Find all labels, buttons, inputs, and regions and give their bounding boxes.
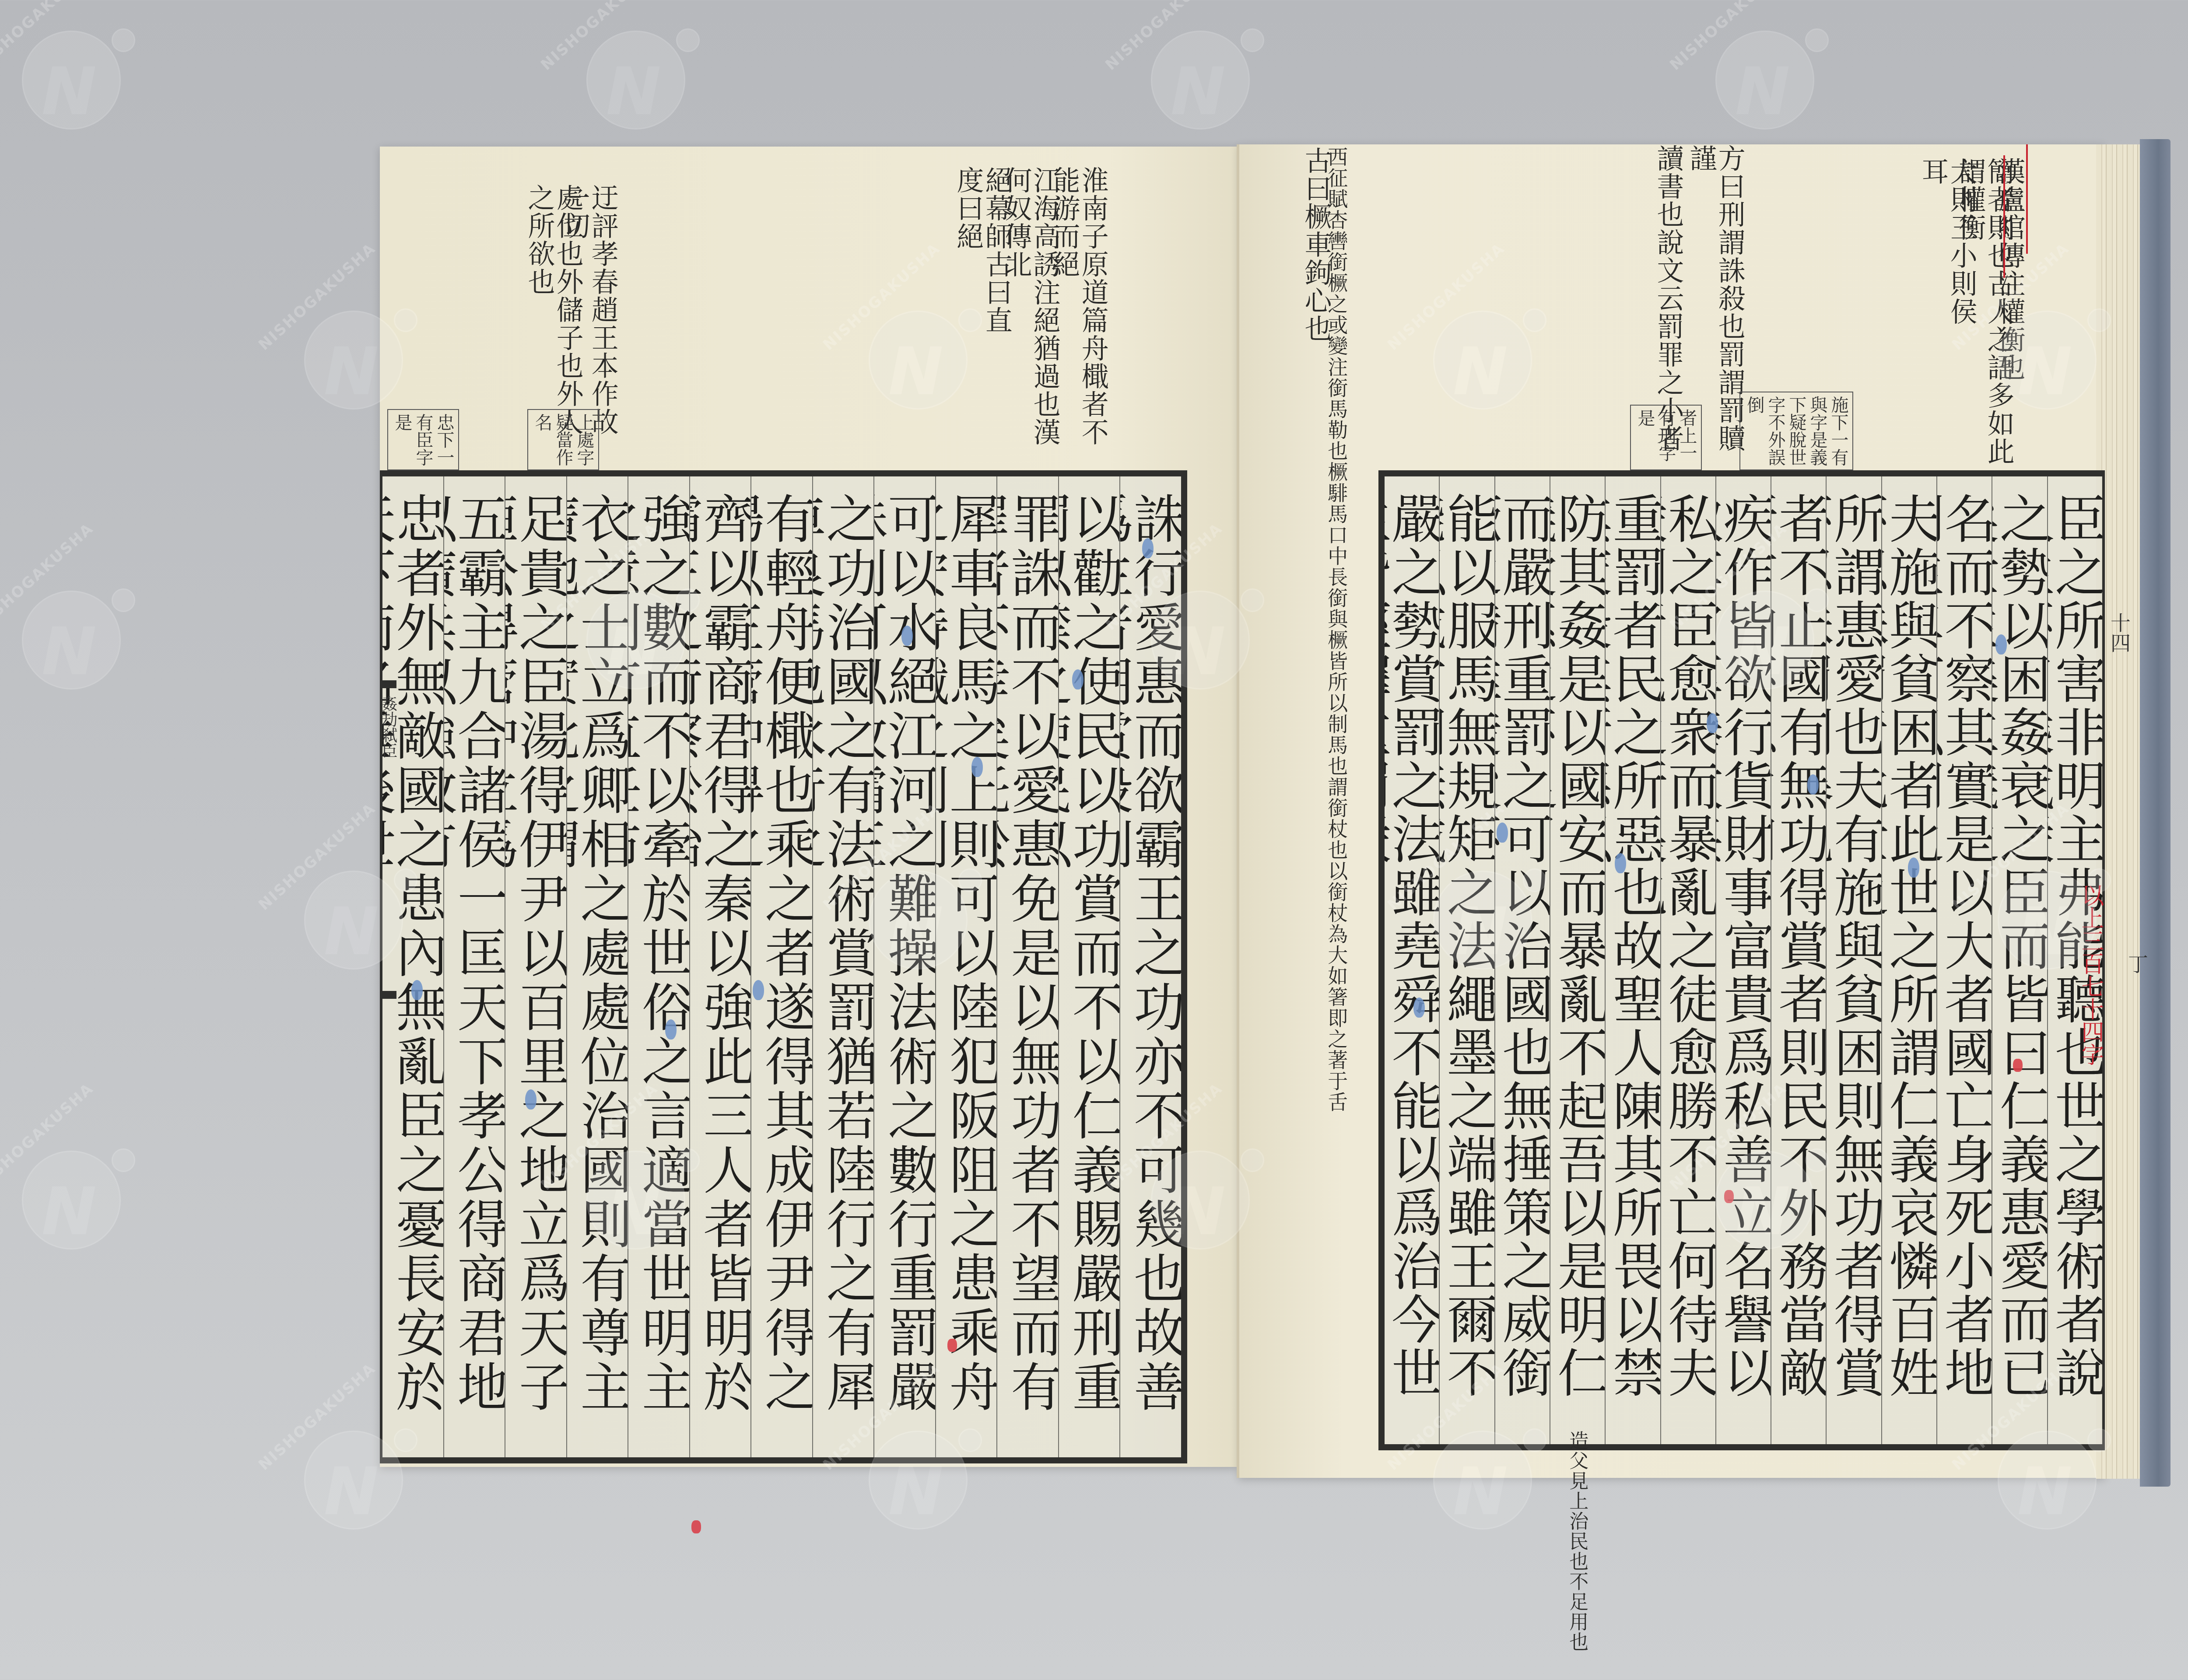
blue-punctuation-mark (1072, 669, 1083, 689)
text-column: 私之臣愈衆而暴亂之徒愈勝不亡何待夫嚴刑者民之所畏也 (1660, 476, 1715, 1444)
text-column: 可以水絕江河之難操法術之數行重罰嚴誅則可以致霸王 (873, 476, 935, 1457)
text-column: 者不止國有無功得賞者則民不外務當敵斬首內不急力田 (1771, 476, 1826, 1444)
red-correction-mark (2013, 1059, 2023, 1072)
left-note-box-1: 上處字疑當作名 (527, 409, 599, 470)
open-book: 淮南子原道篇舟檝者不能游而絕 江海高誘注絕猶過也漢何奴傳北 絕幕師古曰直度曰絕 … (0, 0, 2188, 1680)
red-correction-mark (691, 1520, 701, 1533)
red-bracket-line (2026, 144, 2028, 254)
book-cover-edge (2140, 139, 2170, 1487)
text-column: 疾作皆欲行貨財事富貴爲私善立名譽以取尊官厚俸故姦 (1715, 476, 1771, 1444)
text-column: 罪誅而不以愛惠免是以無功者不望而有罪者不幸矣託於 (996, 476, 1058, 1457)
text-column: 嚴之勢賞罰之法雖堯舜不能以爲治今世主皆輕釋重罰嚴 (1385, 476, 1439, 1444)
right-note-box-2: 施下一有與字是義下疑脫世字不外誤倒 (1739, 392, 1853, 470)
blue-punctuation-mark (665, 1019, 677, 1039)
blue-punctuation-mark (753, 980, 764, 1000)
text-column: 所謂惠愛也夫有施與貧困則無功者得賞不忍誅罰則暴亂 (1826, 476, 1881, 1444)
blue-punctuation-mark (1807, 774, 1819, 794)
blue-punctuation-mark (971, 757, 983, 777)
fore-edge-leaf-number: 十四 (2105, 612, 2134, 653)
watermark-logo: NNISHOGAKUSHA (1129, 0, 1260, 131)
right-headnote-3: 大則王小則侯耳 (1919, 157, 1976, 341)
red-character-count-annotation: 以上三百七十四字 (2074, 884, 2107, 1066)
text-column: 犀車良馬之上則可以陸犯阪阻之患乘舟之安持檝之利則 (935, 476, 997, 1457)
text-column: 齊以霸商君得之秦以強此三人者皆明於霸王之術察於治 (689, 476, 751, 1457)
text-column: 能以服馬無規矩之法繩墨之端雖王爾不能以成方圓無威 (1439, 476, 1494, 1444)
text-column: 之勢以困姦衰之臣而皆曰仁義惠愛而已矣世主美仁義之 (1992, 476, 2047, 1444)
blue-punctuation-mark (525, 1089, 536, 1109)
fore-edge-tab-mark (382, 680, 396, 688)
watermark-logo: NNISHOGAKUSHA (1694, 0, 1825, 131)
text-column: 五霸主九合諸侯一匡天下孝公得商君地以廣兵以強故有 (443, 476, 505, 1457)
text-column: 以勸之使民以功賞而不以仁義賜嚴刑重罰以禁之使民以 (1058, 476, 1120, 1457)
blue-punctuation-mark (1995, 634, 2007, 654)
fore-edge-leaf-marker: 丁 (2122, 954, 2151, 974)
blue-punctuation-mark (411, 980, 423, 1000)
right-bottom-note: 造父見上治民也不足用也 (1567, 1431, 1587, 1652)
text-column: 而嚴刑重罰之可以治國也無捶策之威銜橛之備雖造父不 (1494, 476, 1550, 1444)
text-column: 之功治國之有法術賞罰猶若陸行之有犀車良馬也水行之 (812, 476, 874, 1457)
fore-edge-tab-mark (382, 991, 396, 999)
left-headnote-3: 絕幕師古曰直度曰絕 (954, 166, 1011, 341)
text-column: 夫施與貧困者此世之所謂仁義哀憐百姓不忍誅罰者此世之 (1881, 476, 1936, 1444)
text-column: 誅行愛惠而欲霸王之功亦不可幾也故善爲主者明賞設利 (1119, 476, 1181, 1457)
watermark-logo: NNISHOGAKUSHA (0, 0, 131, 131)
blue-punctuation-mark (1497, 822, 1508, 843)
right-headnote-7: 古曰橛車鉤心也 (1302, 147, 1330, 365)
left-note-box-2: 忠下一有臣字是 (387, 409, 459, 470)
red-bracket-line (2003, 155, 2005, 278)
watermark-logo: NNISHOGAKUSHA (0, 1120, 131, 1251)
left-text-columns: 誅行愛惠而欲霸王之功亦不可幾也故善爲主者明賞設利 以勸之使民以功賞而不以仁義賜嚴… (382, 476, 1181, 1457)
right-text-frame: 臣之所害非明主弗能聽也世之學術者說人主不曰乘威嚴 之勢以困姦衰之臣而皆曰仁義惠愛… (1378, 470, 2105, 1450)
blue-punctuation-mark (1413, 997, 1425, 1018)
watermark-logo: NNISHOGAKUSHA (0, 560, 131, 691)
text-column: 重罰者民之所惡也故聖人陳其所畏以禁其衺設其所惡以 (1605, 476, 1660, 1444)
blue-punctuation-mark (1142, 538, 1154, 558)
left-fore-edge-title: 姦劫弒臣 (377, 696, 400, 759)
blue-punctuation-mark (1615, 853, 1626, 873)
text-column: 忠者外無敵國之患內無亂臣之憂長安於天下而名垂後世 (382, 476, 443, 1457)
text-column: 有輕舟便檝也乘之者遂得其成伊尹得之湯以王管仲得之 (750, 476, 812, 1457)
red-correction-mark (947, 1339, 957, 1352)
red-correction-mark (1724, 1190, 1734, 1203)
text-column: 名而不察其實是以大者國亡身死小者地削主卑何以明之 (1936, 476, 1992, 1444)
text-column: 衣之士立爲卿相之處處位治國則有尊主廣地之實此之謂 (566, 476, 628, 1457)
right-note-box-1: 者上一有刑字是 (1630, 405, 1702, 470)
book-gutter (1237, 144, 1239, 1478)
text-column: 防其姦是以國安而暴亂不起吾以是明仁義愛惠之不足用 (1550, 476, 1605, 1444)
left-text-frame: 誅行愛惠而欲霸王之功亦不可幾也故善爲主者明賞設利 以勸之使民以功賞而不以仁義賜嚴… (380, 470, 1187, 1463)
right-text-columns: 臣之所害非明主弗能聽也世之學術者說人主不曰乘威嚴 之勢以困姦衰之臣而皆曰仁義惠愛… (1385, 476, 2102, 1444)
blue-punctuation-mark (1908, 857, 1919, 878)
blue-punctuation-mark (901, 626, 913, 646)
watermark-logo: NNISHOGAKUSHA (565, 0, 696, 131)
blue-punctuation-mark (1707, 713, 1718, 733)
text-column: 足貴之臣湯得伊尹以百里之地立爲天子桓公得管仲立爲 (505, 476, 566, 1457)
text-column: 強之數而不以牽於世俗之言適當世明主之意則有直任布 (628, 476, 689, 1457)
